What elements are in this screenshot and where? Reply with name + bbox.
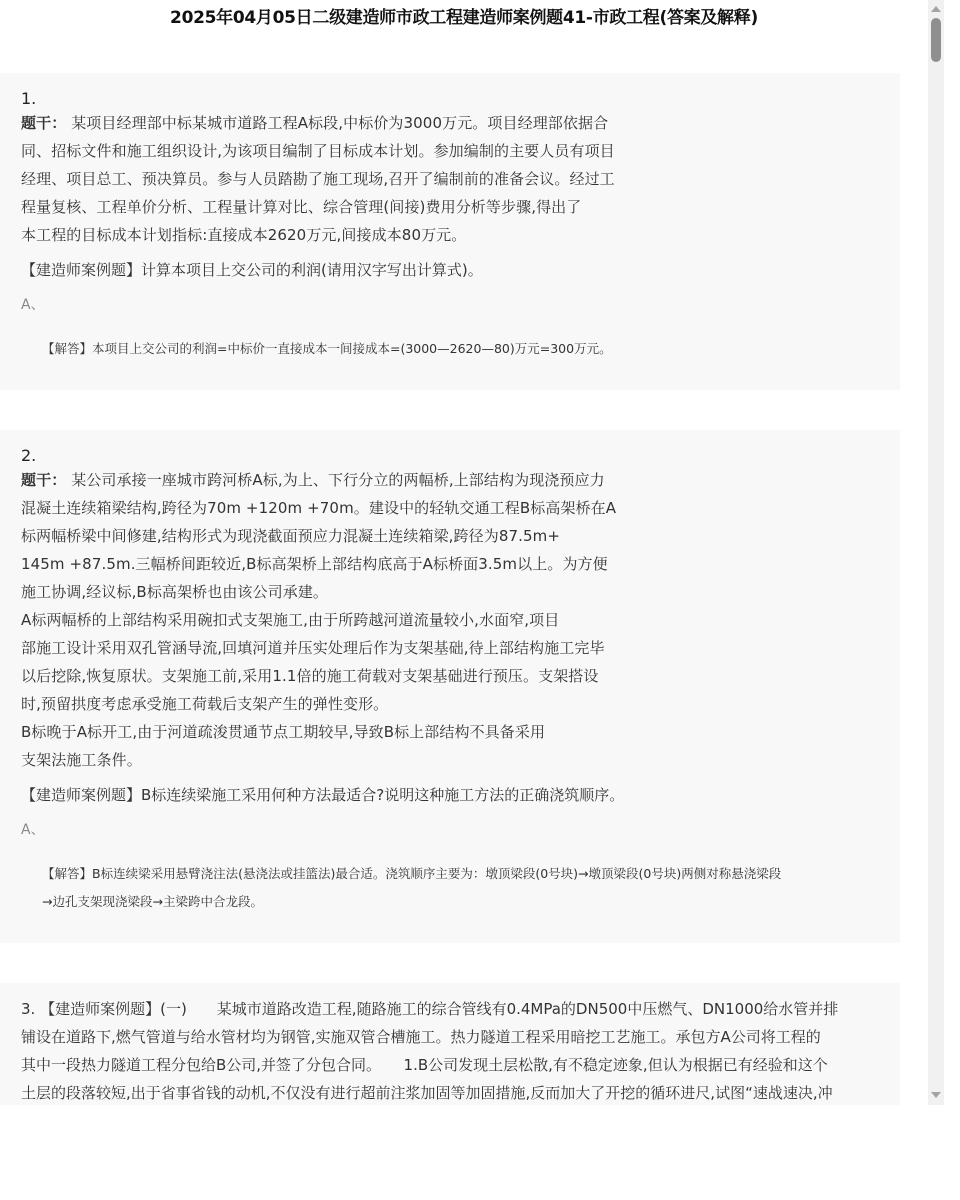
page-title: 2025年04月05日二级建造师市政工程建造师案例题41-市政工程(答案及解释) xyxy=(0,3,928,28)
question-number: 2. xyxy=(21,430,879,466)
prompt-tag: 【建造师案例题】 xyxy=(21,786,141,804)
question-card-2: 2. 题干： 某公司承接一座城市跨河桥A标,为上、下行分立的两幅桥,上部结构为现… xyxy=(0,430,900,943)
option-a[interactable]: A、 xyxy=(21,820,879,840)
scrollbar-thumb[interactable] xyxy=(931,18,941,62)
page-viewport: 2025年04月05日二级建造师市政工程建造师案例题41-市政工程(答案及解释)… xyxy=(0,0,928,1105)
question-number: 3. xyxy=(21,1000,35,1018)
question-prompt: 【建造师案例题】计算本项目上交公司的利润(请用汉字写出计算式)。 xyxy=(21,259,879,281)
answer-explanation: 【解答】B标连续梁采用悬臂浇注法(悬浇法或挂篮法)最合适。浇筑顺序主要为：墩顶梁… xyxy=(21,860,879,916)
scroll-up-arrow-icon[interactable] xyxy=(931,6,941,12)
question-stem: 3. 【建造师案例题】(一) 某城市道路改造工程,随路施工的综合管线有0.4MP… xyxy=(21,983,879,1105)
answer-explanation: 【解答】本项目上交公司的利润=中标价一直接成本一间接成本=(3000—2620—… xyxy=(21,335,879,363)
question-card-3: 3. 【建造师案例题】(一) 某城市道路改造工程,随路施工的综合管线有0.4MP… xyxy=(0,983,900,1105)
vertical-scrollbar[interactable] xyxy=(928,0,944,1105)
option-a[interactable]: A、 xyxy=(21,295,879,315)
prompt-tag: 【建造师案例题】 xyxy=(21,261,141,279)
question-card-1: 1. 题干： 某项目经理部中标某城市道路工程A标段,中标价为3000万元。项目经… xyxy=(0,73,900,390)
question-stem: 题干： 某公司承接一座城市跨河桥A标,为上、下行分立的两幅桥,上部结构为现浇预应… xyxy=(21,466,879,774)
question-number: 1. xyxy=(21,73,879,109)
stem-label: 题干： xyxy=(21,114,66,132)
stem-label: 题干： xyxy=(21,471,66,489)
question-stem: 题干： 某项目经理部中标某城市道路工程A标段,中标价为3000万元。项目经理部依… xyxy=(21,109,879,249)
scroll-down-arrow-icon[interactable] xyxy=(931,1092,941,1098)
question-prompt: 【建造师案例题】B标连续梁施工采用何种方法最适合?说明这种施工方法的正确浇筑顺序… xyxy=(21,784,879,806)
